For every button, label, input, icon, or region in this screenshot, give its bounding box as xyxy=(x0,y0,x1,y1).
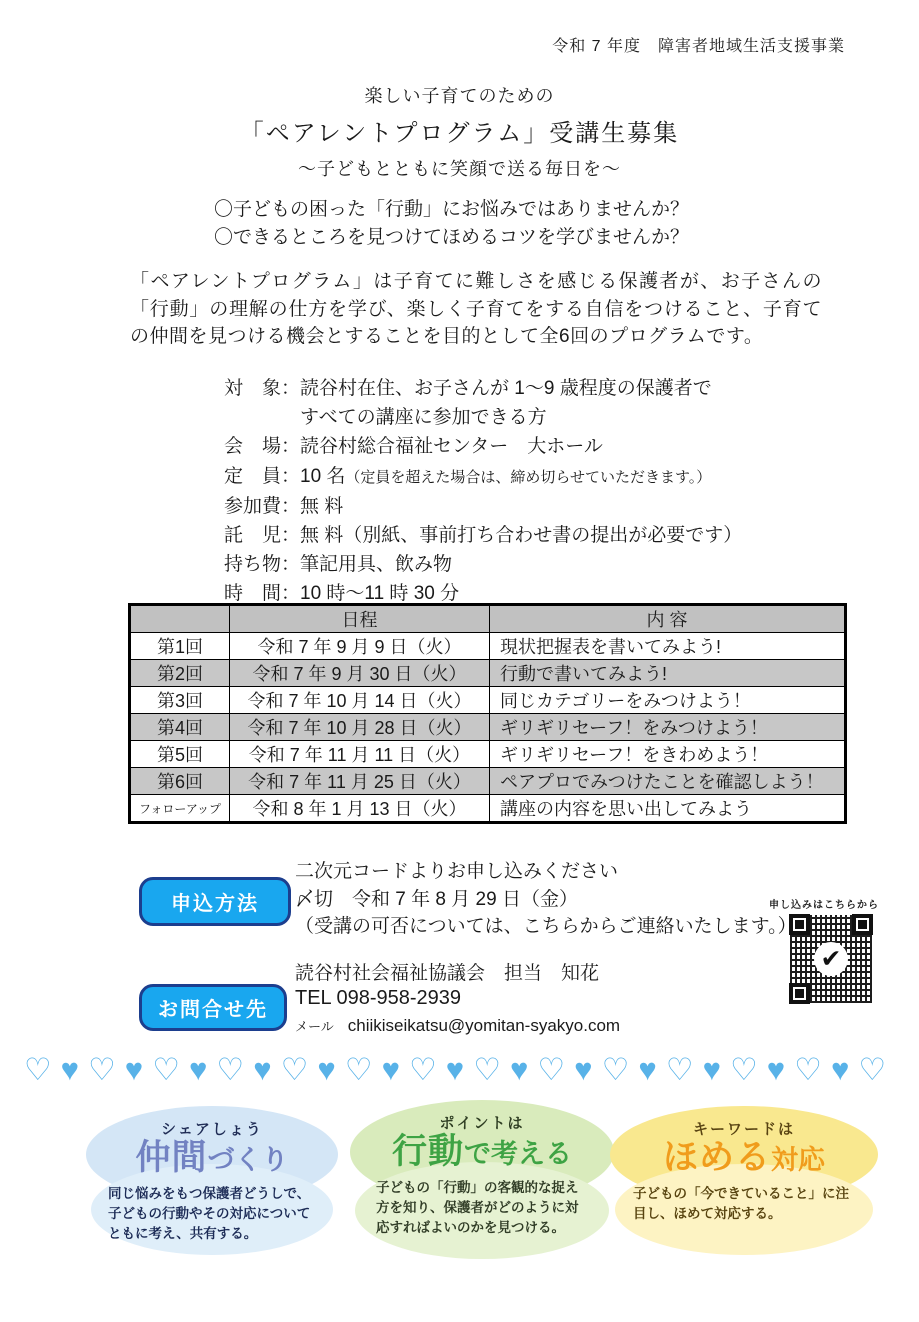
apply-instructions: 二次元コードよりお申し込みください 〆切 令和 7 年 8 月 29 日（金） … xyxy=(295,858,797,941)
content-cell: 行動で書いてみよう! xyxy=(490,660,846,687)
flyer-page: 令和 7 年度 障害者地域生活支援事業 楽しい子育てのための 「ペアレントプログ… xyxy=(0,0,919,1322)
qr-finder-icon xyxy=(789,914,810,935)
title-block: 楽しい子育てのための 「ペアレントプログラム」受講生募集 ～子どもとともに笑顔で… xyxy=(0,82,919,181)
bubble-peer-support: シェアしょう 仲間づくり 同じ悩みをもつ保護者どうしで、子どもの行動やその対応に… xyxy=(86,1106,338,1258)
session-cell: 第1回 xyxy=(130,633,230,660)
detail-row-target-cont: すべての講座に参加できる方 xyxy=(224,403,742,432)
title-subtitle: ～子どもとともに笑顔で送る毎日を～ xyxy=(0,155,919,181)
email-label: メール xyxy=(295,1019,334,1034)
content-cell: ギリギリセーフ！をみつけよう！ xyxy=(490,714,846,741)
detail-row-childcare: 託 児：無 料（別紙、事前打ち合わせ書の提出が必要です） xyxy=(224,521,742,550)
date-cell: 令和 8 年 1 月 13 日（火） xyxy=(230,795,490,823)
bubble-title: 仲間づくり xyxy=(86,1140,338,1177)
question-line: 〇できるところを見つけてほめるコツを学びませんか？ xyxy=(214,224,689,252)
schedule-header-content: 内 容 xyxy=(490,605,846,633)
table-row: 第4回 令和 7 年 10 月 28 日（火） ギリギリセーフ！をみつけよう！ xyxy=(130,714,846,741)
bubble-title: 行動で考える xyxy=(350,1134,614,1171)
apply-deadline: 〆切 令和 7 年 8 月 29 日（金） xyxy=(295,886,797,914)
bubble-tag: キーワードは xyxy=(610,1118,878,1139)
detail-row-bring: 持ち物：筆記用具、飲み物 xyxy=(224,550,742,579)
table-row: 第5回 令和 7 年 11 月 11 日（火） ギリギリセーフ！をきわめよう！ xyxy=(130,741,846,768)
session-cell: 第3回 xyxy=(130,687,230,714)
date-cell: 令和 7 年 10 月 28 日（火） xyxy=(230,714,490,741)
detail-row-target: 対 象：読谷村在住、お子さんが 1～9 歳程度の保護者で xyxy=(224,374,742,403)
qr-finder-icon xyxy=(789,983,810,1004)
question-line: 〇子どもの困った「行動」にお悩みではありませんか？ xyxy=(214,196,689,224)
hearts-divider: ♡♥♡♥♡♥♡♥♡♥♡♥♡♥♡♥♡♥♡♥♡♥♡♥♡♥♡ xyxy=(0,1052,919,1088)
contact-email-row: メールchiikiseikatsu@yomitan-syakyo.com xyxy=(295,1016,620,1036)
bubble-behavior-focus: ポイントは 行動で考える 子どもの「行動」の客観的な捉え方を知り、保護者がどのよ… xyxy=(350,1100,614,1262)
details-list: 対 象：読谷村在住、お子さんが 1～9 歳程度の保護者で すべての講座に参加でき… xyxy=(224,374,742,609)
session-cell: 第6回 xyxy=(130,768,230,795)
schedule-table: 日程 内 容 第1回 令和 7 年 9 月 9 日（火） 現状把握表を書いてみよ… xyxy=(128,603,847,824)
page-title: 「ペアレントプログラム」受講生募集 xyxy=(0,113,919,148)
apply-note: （受講の可否については、こちらからご連絡いたします。） xyxy=(295,913,797,941)
schedule-header-row: 日程 内 容 xyxy=(130,605,846,633)
apply-line: 二次元コードよりお申し込みください xyxy=(295,858,797,886)
table-row: フォローアップ 令和 8 年 1 月 13 日（火） 講座の内容を思い出してみよ… xyxy=(130,795,846,823)
apply-method-badge: 申込方法 xyxy=(139,877,291,926)
bubble-title: ほめる対応 xyxy=(610,1140,878,1177)
title-lead: 楽しい子育てのための xyxy=(0,82,919,108)
schedule-header-date: 日程 xyxy=(230,605,490,633)
contact-phone: TEL 098-958-2939 xyxy=(295,987,461,1010)
detail-row-venue: 会 場：読谷村総合福祉センター 大ホール xyxy=(224,432,742,461)
detail-row-fee: 参加費：無 料 xyxy=(224,492,742,521)
content-cell: 現状把握表を書いてみよう! xyxy=(490,633,846,660)
capacity-note: （定員を超えた場合は、締め切らせていただきます。） xyxy=(345,469,711,486)
date-cell: 令和 7 年 10 月 14 日（火） xyxy=(230,687,490,714)
session-cell: 第5回 xyxy=(130,741,230,768)
bubble-praise-response: キーワードは ほめる対応 子どもの「今できていること」に注目し、ほめて対応する。 xyxy=(610,1106,878,1258)
bubble-body: 子どもの「行動」の客観的な捉え方を知り、保護者がどのように対応すればよいのかを見… xyxy=(376,1178,588,1239)
table-row: 第2回 令和 7 年 9 月 30 日（火） 行動で書いてみよう! xyxy=(130,660,846,687)
contact-organization: 読谷村社会福祉協議会 担当 知花 xyxy=(295,958,599,985)
session-cell: フォローアップ xyxy=(130,795,230,823)
bubble-tag: シェアしょう xyxy=(86,1118,338,1139)
question-lines: 〇子どもの困った「行動」にお悩みではありませんか？ 〇できるところを見つけてほめ… xyxy=(214,196,689,252)
schedule-header-session xyxy=(130,605,230,633)
contact-badge: お問合せ先 xyxy=(139,984,287,1031)
content-cell: ギリギリセーフ！をきわめよう！ xyxy=(490,741,846,768)
bubble-tag: ポイントは xyxy=(350,1112,614,1133)
qr-caption: 申し込みはこちらから xyxy=(769,896,879,911)
table-row: 第1回 令和 7 年 9 月 9 日（火） 現状把握表を書いてみよう! xyxy=(130,633,846,660)
date-cell: 令和 7 年 9 月 30 日（火） xyxy=(230,660,490,687)
schedule-section: 日程 内 容 第1回 令和 7 年 9 月 9 日（火） 現状把握表を書いてみよ… xyxy=(128,603,847,824)
session-cell: 第2回 xyxy=(130,660,230,687)
date-cell: 令和 7 年 11 月 11 日（火） xyxy=(230,741,490,768)
bubble-body: 子どもの「今できていること」に注目し、ほめて対応する。 xyxy=(633,1184,855,1225)
contact-email: chiikiseikatsu@yomitan-syakyo.com xyxy=(348,1016,620,1035)
session-cell: 第4回 xyxy=(130,714,230,741)
program-tag: 令和 7 年度 障害者地域生活支援事業 xyxy=(552,33,845,56)
content-cell: 同じカテゴリーをみつけよう！ xyxy=(490,687,846,714)
bubble-body: 同じ悩みをもつ保護者どうしで、子どもの行動やその対応についてともに考え、共有する… xyxy=(108,1184,316,1245)
detail-row-capacity: 定 員：10 名（定員を超えた場合は、締め切らせていただきます。） xyxy=(224,462,742,492)
table-row: 第6回 令和 7 年 11 月 25 日（火） ペアプロでみつけたことを確認しよ… xyxy=(130,768,846,795)
intro-paragraph: 「ペアレントプログラム」は子育てに難しさを感じる保護者が、お子さんの「行動」の理… xyxy=(130,268,822,351)
qr-code: ✔ xyxy=(786,911,876,1007)
qr-finder-icon xyxy=(852,914,873,935)
checkmark-icon: ✔ xyxy=(814,942,848,976)
date-cell: 令和 7 年 11 月 25 日（火） xyxy=(230,768,490,795)
date-cell: 令和 7 年 9 月 9 日（火） xyxy=(230,633,490,660)
content-cell: 講座の内容を思い出してみよう xyxy=(490,795,846,823)
table-row: 第3回 令和 7 年 10 月 14 日（火） 同じカテゴリーをみつけよう！ xyxy=(130,687,846,714)
content-cell: ペアプロでみつけたことを確認しよう！ xyxy=(490,768,846,795)
